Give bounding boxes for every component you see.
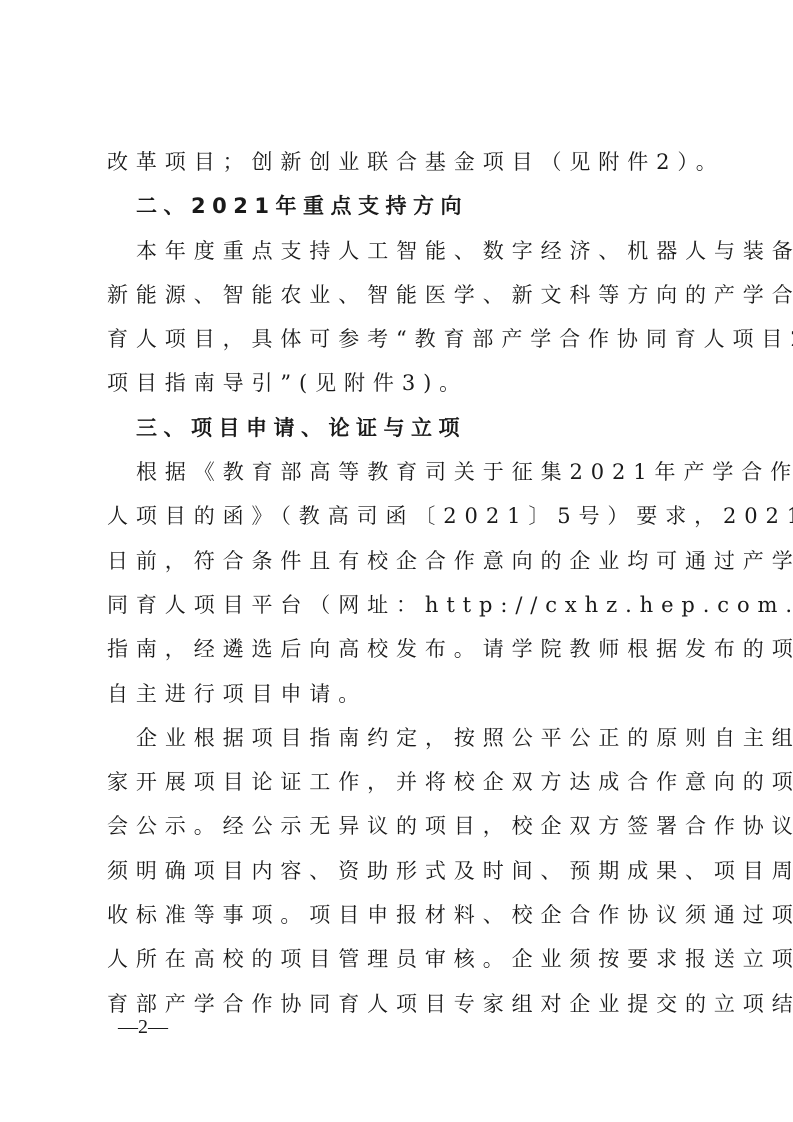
document-page: 改革项目；创新创业联合基金项目（见附件2）。 二、2021年重点支持方向 本年度…: [0, 0, 793, 1122]
paragraph-line: 新能源、智能农业、智能医学、新文科等方向的产学合作协同: [107, 273, 691, 317]
paragraph-line: 会公示。经公示无异议的项目，校企双方签署合作协议，协议: [107, 804, 691, 848]
paragraph-line: 指南，经遴选后向高校发布。请学院教师根据发布的项目指南，: [107, 627, 691, 671]
paragraph-line: 本年度重点支持人工智能、数字经济、机器人与装备制造、: [107, 229, 691, 273]
paragraph-line: 人项目的函》（教高司函〔2021〕5号）要求，2021年7月20: [107, 494, 691, 538]
paragraph-line: 改革项目；创新创业联合基金项目（见附件2）。: [107, 140, 691, 184]
paragraph-line: 自主进行项目申请。: [107, 672, 691, 716]
paragraph-line: 育人项目，具体可参考“教育部产学合作协同育人项目2021年: [107, 317, 691, 361]
page-number: —2—: [118, 1014, 168, 1040]
paragraph-line-with-url: 同育人项目平台（网址：http://cxhz.hep.com.cn）提交项目: [107, 583, 691, 627]
paragraph-line: 家开展项目论证工作，并将校企双方达成合作意向的项目向社: [107, 760, 691, 804]
paragraph-line: 日前，符合条件且有校企合作意向的企业均可通过产学合作协: [107, 539, 691, 583]
paragraph-line: 项目指南导引”(见附件3)。: [107, 361, 691, 405]
paragraph-line: 育部产学合作协同育人项目专家组对企业提交的立项结果进行: [107, 982, 691, 1026]
paragraph-line: 收标准等事项。项目申报材料、校企合作协议须通过项目负责: [107, 893, 691, 937]
paragraph-line: 根据《教育部高等教育司关于征集2021年产学合作协同育: [107, 450, 691, 494]
document-body: 改革项目；创新创业联合基金项目（见附件2）。 二、2021年重点支持方向 本年度…: [107, 140, 691, 1026]
paragraph-line: 企业根据项目指南约定，按照公平公正的原则自主组织专: [107, 716, 691, 760]
section-heading-3: 三、项目申请、论证与立项: [107, 406, 691, 450]
paragraph-line: 人所在高校的项目管理员审核。企业须按要求报送立项结果，教: [107, 937, 691, 981]
section-heading-2: 二、2021年重点支持方向: [107, 184, 691, 228]
paragraph-line: 须明确项目内容、资助形式及时间、预期成果、项目周期和验: [107, 849, 691, 893]
